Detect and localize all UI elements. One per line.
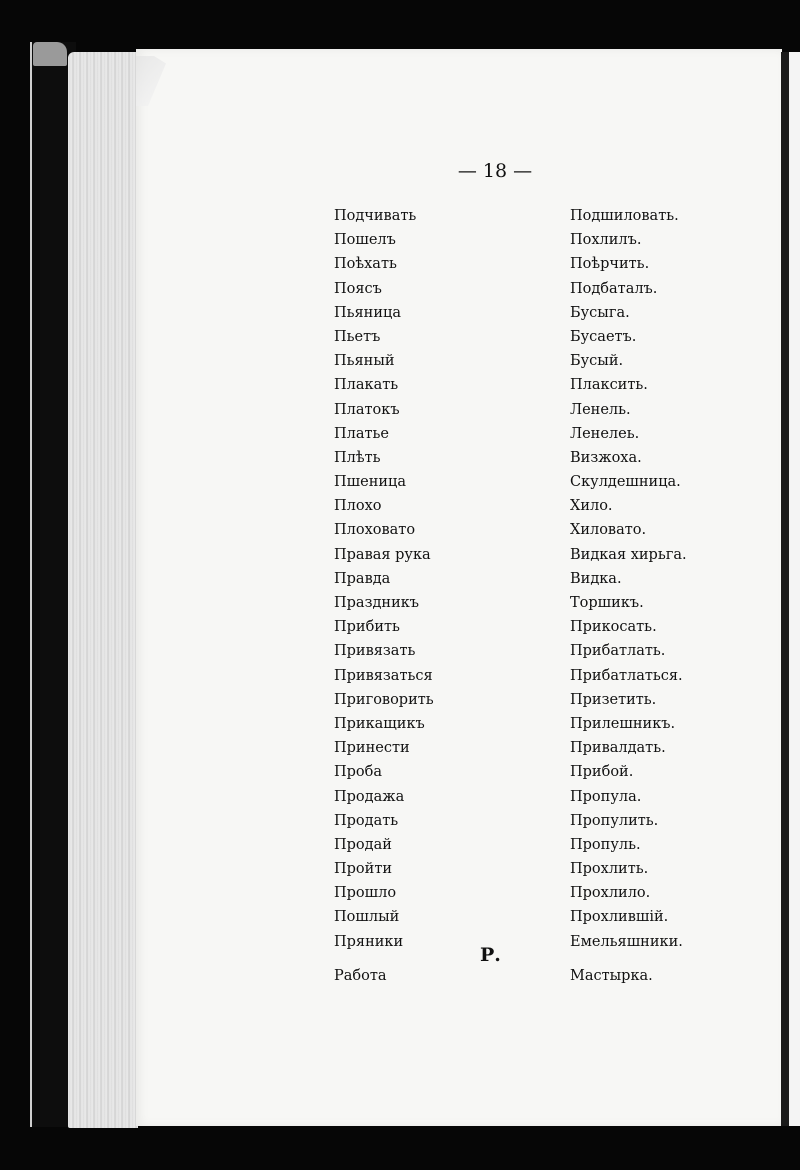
headword: Поясъ <box>334 277 434 301</box>
page-stack-edge <box>68 52 138 1128</box>
translation: Скулдешница. <box>570 470 687 494</box>
translation: Пропула. <box>570 785 687 809</box>
headword: Правда <box>334 567 434 591</box>
headword: Пряники <box>334 930 434 954</box>
translation: Емельяшники. <box>570 930 687 954</box>
translation: Ленелеь. <box>570 422 687 446</box>
translation: Призетить. <box>570 688 687 712</box>
headword: Прибить <box>334 615 434 639</box>
page-right-shadow <box>781 52 789 1126</box>
headword: Плоховато <box>334 518 434 542</box>
translation: Прибой. <box>570 760 687 784</box>
headword: Плохо <box>334 494 434 518</box>
translation: Прилешникъ. <box>570 712 687 736</box>
translation: Подбаталъ. <box>570 277 687 301</box>
translation: Хиловато. <box>570 518 687 542</box>
next-page-edge <box>789 52 800 1126</box>
headword: Пьяный <box>334 349 434 373</box>
translation: Подшиловать. <box>570 204 687 228</box>
translation-column: Подшиловать. Похлилъ. Поѣрчить. Подбатал… <box>570 204 687 988</box>
headword: Подчивать <box>334 204 434 228</box>
headword: Плѣть <box>334 446 434 470</box>
cover-corner-wear <box>33 42 67 66</box>
translation: Прохлило. <box>570 881 687 905</box>
headword: Платокъ <box>334 398 434 422</box>
translation: Похлилъ. <box>570 228 687 252</box>
headword: Привязать <box>334 639 434 663</box>
page-number: — 18 — <box>455 160 535 182</box>
headword: Прошло <box>334 881 434 905</box>
translation: Визжоха. <box>570 446 687 470</box>
translation: Привалдать. <box>570 736 687 760</box>
section-letter-heading: Р. <box>480 944 501 966</box>
headword: Плакать <box>334 373 434 397</box>
headword: Продай <box>334 833 434 857</box>
translation: Прикосать. <box>570 615 687 639</box>
headword: Привязаться <box>334 664 434 688</box>
translation: Видкая хирьга. <box>570 543 687 567</box>
headword: Прикащикъ <box>334 712 434 736</box>
headword: Пьяница <box>334 301 434 325</box>
translation: Ленель. <box>570 398 687 422</box>
translation: Бусый. <box>570 349 687 373</box>
translation: Прибатлать. <box>570 639 687 663</box>
headword: Правая рука <box>334 543 434 567</box>
headword: Пьетъ <box>334 325 434 349</box>
translation: Пропулить. <box>570 809 687 833</box>
headword: Платье <box>334 422 434 446</box>
translation: Мастырка. <box>570 964 687 988</box>
headword: Работа <box>334 964 434 988</box>
translation: Прибатлаться. <box>570 664 687 688</box>
headword: Приговорить <box>334 688 434 712</box>
translation: Видка. <box>570 567 687 591</box>
translation: Торшикъ. <box>570 591 687 615</box>
headword: Пшеница <box>334 470 434 494</box>
translation: Хило. <box>570 494 687 518</box>
translation: Бусыга. <box>570 301 687 325</box>
headword: Продажа <box>334 785 434 809</box>
translation: Прохлившій. <box>570 905 687 929</box>
headword: Праздникъ <box>334 591 434 615</box>
headword: Пошлый <box>334 905 434 929</box>
headword: Продать <box>334 809 434 833</box>
translation: Прохлить. <box>570 857 687 881</box>
headword: Проба <box>334 760 434 784</box>
translation: Поѣрчить. <box>570 252 687 276</box>
headword: Принести <box>334 736 434 760</box>
headword-column: Подчивать Пошелъ Поѣхать Поясъ Пьяница П… <box>334 204 434 988</box>
translation: Пропуль. <box>570 833 687 857</box>
headword: Пошелъ <box>334 228 434 252</box>
headword: Пройти <box>334 857 434 881</box>
translation: Плаксить. <box>570 373 687 397</box>
translation: Бусаетъ. <box>570 325 687 349</box>
headword: Поѣхать <box>334 252 434 276</box>
